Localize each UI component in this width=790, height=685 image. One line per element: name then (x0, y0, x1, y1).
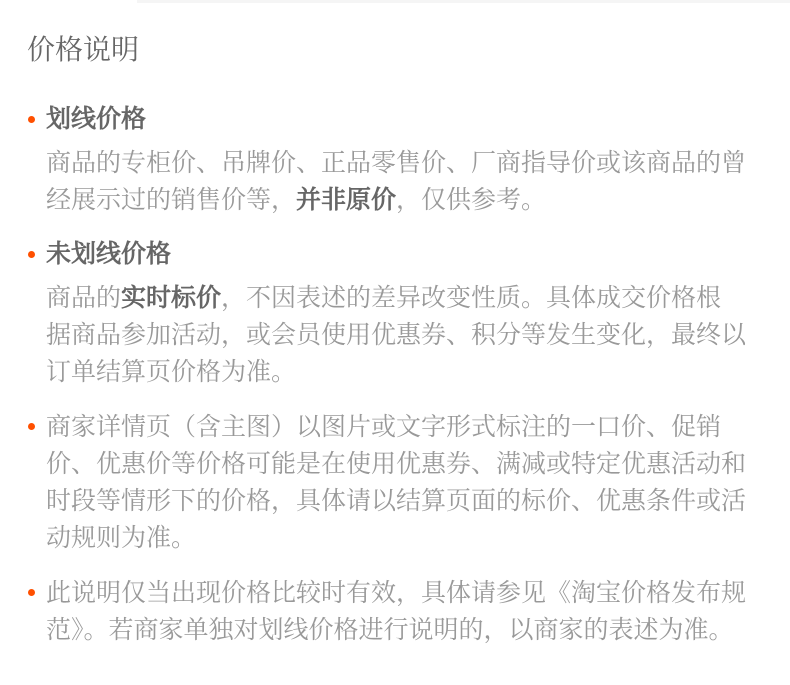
bullet-dot-icon (28, 423, 35, 430)
emphasis-text: 并非原价 (296, 186, 396, 214)
body-text: 商家详情页（含主图）以图片或文字形式标注的一口价、促销价、优惠价等价格可能是在使… (46, 413, 746, 552)
price-notice-item-1: 划线价格商品的专柜价、吊牌价、正品零售价、厂商指导价或该商品的曾经展示过的销售价… (27, 102, 746, 219)
top-divider (137, 0, 790, 3)
bullet-dot-icon (28, 251, 35, 258)
section-paragraph: 商品的实时标价，不因表述的差异改变性质。具体成交价格根据商品参加活动，或会员使用… (46, 280, 746, 391)
price-notice: 价格说明 划线价格商品的专柜价、吊牌价、正品零售价、厂商指导价或该商品的曾经展示… (0, 0, 790, 649)
section-heading: 划线价格 (46, 102, 746, 137)
bullet-dot-icon (28, 116, 35, 123)
body-text: 此说明仅当出现价格比较时有效，具体请参见《淘宝价格发布规范》。若商家单独对划线价… (46, 579, 746, 644)
section-heading: 未划线价格 (46, 237, 746, 272)
section-paragraph: 商品的专柜价、吊牌价、正品零售价、厂商指导价或该商品的曾经展示过的销售价等，并非… (46, 145, 746, 219)
price-notice-item-2: 未划线价格商品的实时标价，不因表述的差异改变性质。具体成交价格根据商品参加活动，… (27, 237, 746, 391)
body-text: 商品的 (46, 284, 121, 312)
section-paragraph: 此说明仅当出现价格比较时有效，具体请参见《淘宝价格发布规范》。若商家单独对划线价… (46, 575, 746, 649)
page-title: 价格说明 (27, 34, 746, 66)
price-notice-list: 划线价格商品的专柜价、吊牌价、正品零售价、厂商指导价或该商品的曾经展示过的销售价… (27, 102, 746, 649)
price-notice-item-4: 此说明仅当出现价格比较时有效，具体请参见《淘宝价格发布规范》。若商家单独对划线价… (27, 575, 746, 649)
price-notice-item-3: 商家详情页（含主图）以图片或文字形式标注的一口价、促销价、优惠价等价格可能是在使… (27, 409, 746, 557)
section-paragraph: 商家详情页（含主图）以图片或文字形式标注的一口价、促销价、优惠价等价格可能是在使… (46, 409, 746, 557)
emphasis-text: 实时标价 (121, 284, 221, 312)
bullet-dot-icon (28, 589, 35, 596)
body-text: ，仅供参考。 (396, 186, 546, 214)
